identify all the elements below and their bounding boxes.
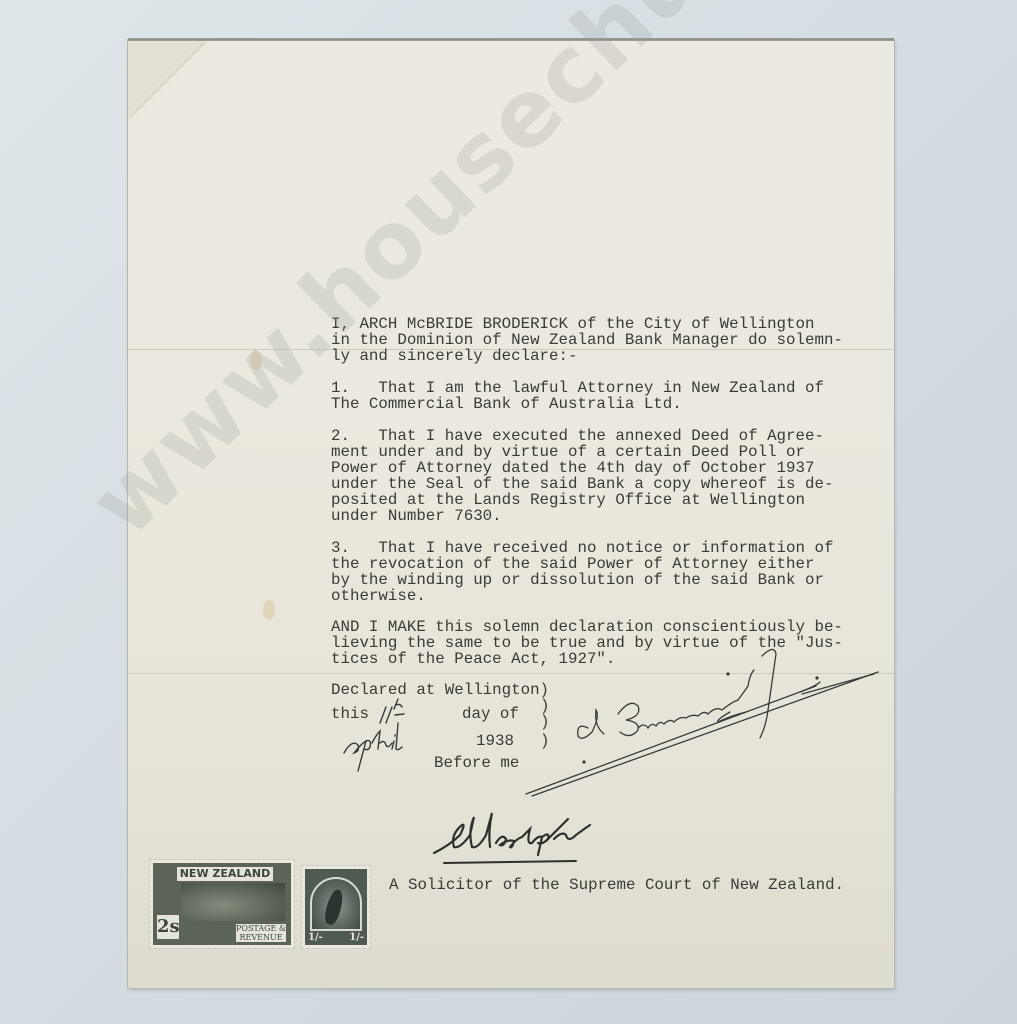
text-line: AND I MAKE this solemn declaration consc…	[331, 619, 843, 635]
bracket: )	[540, 733, 549, 749]
text-line: 1. That I am the lawful Attorney in New …	[331, 380, 824, 396]
text-line: under the Seal of the said Bank a copy w…	[331, 476, 833, 492]
paper-stain	[250, 350, 262, 370]
bracket: )	[540, 698, 549, 714]
text-line: under Number 7630.	[331, 508, 833, 524]
stamp-value: 2s	[157, 915, 179, 939]
clause-3: 3. That I have received no notice or inf…	[331, 540, 833, 604]
witness-title: A Solicitor of the Supreme Court of New …	[389, 877, 844, 893]
bracket: )	[540, 714, 549, 730]
this-label: this	[331, 706, 369, 722]
year-text: 1938	[476, 733, 514, 749]
text-line: the revocation of the said Power of Atto…	[331, 556, 833, 572]
stamp-scene-image	[181, 883, 285, 921]
text-line: lieving the same to be true and by virtu…	[331, 635, 843, 651]
stamp-2-shillings: NEW ZEALAND 2s POSTAGE & REVENUE	[150, 860, 294, 948]
stamp-value: 1/-	[349, 932, 364, 943]
stamp-1-shilling: 1/- 1/-	[302, 866, 370, 948]
clause-2: 2. That I have executed the annexed Deed…	[331, 428, 833, 524]
text-line: by the winding up or dissolution of the …	[331, 572, 833, 588]
closing-statement: AND I MAKE this solemn declaration consc…	[331, 619, 843, 667]
clause-1: 1. That I am the lawful Attorney in New …	[331, 380, 824, 412]
text-line: posited at the Lands Registry Office at …	[331, 492, 833, 508]
stamp-value: 1/-	[308, 932, 323, 943]
text-line: tices of the Peace Act, 1927".	[331, 651, 843, 667]
text-line: in the Dominion of New Zealand Bank Mana…	[331, 332, 843, 348]
text-line: Power of Attorney dated the 4th day of O…	[331, 460, 833, 476]
paper-stain	[263, 600, 275, 620]
text-line: I, ARCH McBRIDE BRODERICK of the City of…	[331, 316, 843, 332]
text-line: 3. That I have received no notice or inf…	[331, 540, 833, 556]
text-line: 2. That I have executed the annexed Deed…	[331, 428, 833, 444]
before-me-text: Before me	[434, 755, 519, 771]
text-line: ly and sincerely declare:-	[331, 348, 843, 364]
stamp-caption: POSTAGE & REVENUE	[236, 924, 286, 942]
paper-top-edge	[128, 38, 894, 41]
text-line: ment under and by virtue of a certain De…	[331, 444, 833, 460]
text-line: The Commercial Bank of Australia Ltd.	[331, 396, 824, 412]
declared-at-text: Declared at Wellington)	[331, 682, 549, 698]
declaration-intro: I, ARCH McBRIDE BRODERICK of the City of…	[331, 316, 843, 364]
text-line: otherwise.	[331, 588, 833, 604]
stamp-country: NEW ZEALAND	[177, 867, 273, 881]
day-of-label: day of	[462, 706, 519, 722]
fold-crease	[128, 673, 894, 674]
